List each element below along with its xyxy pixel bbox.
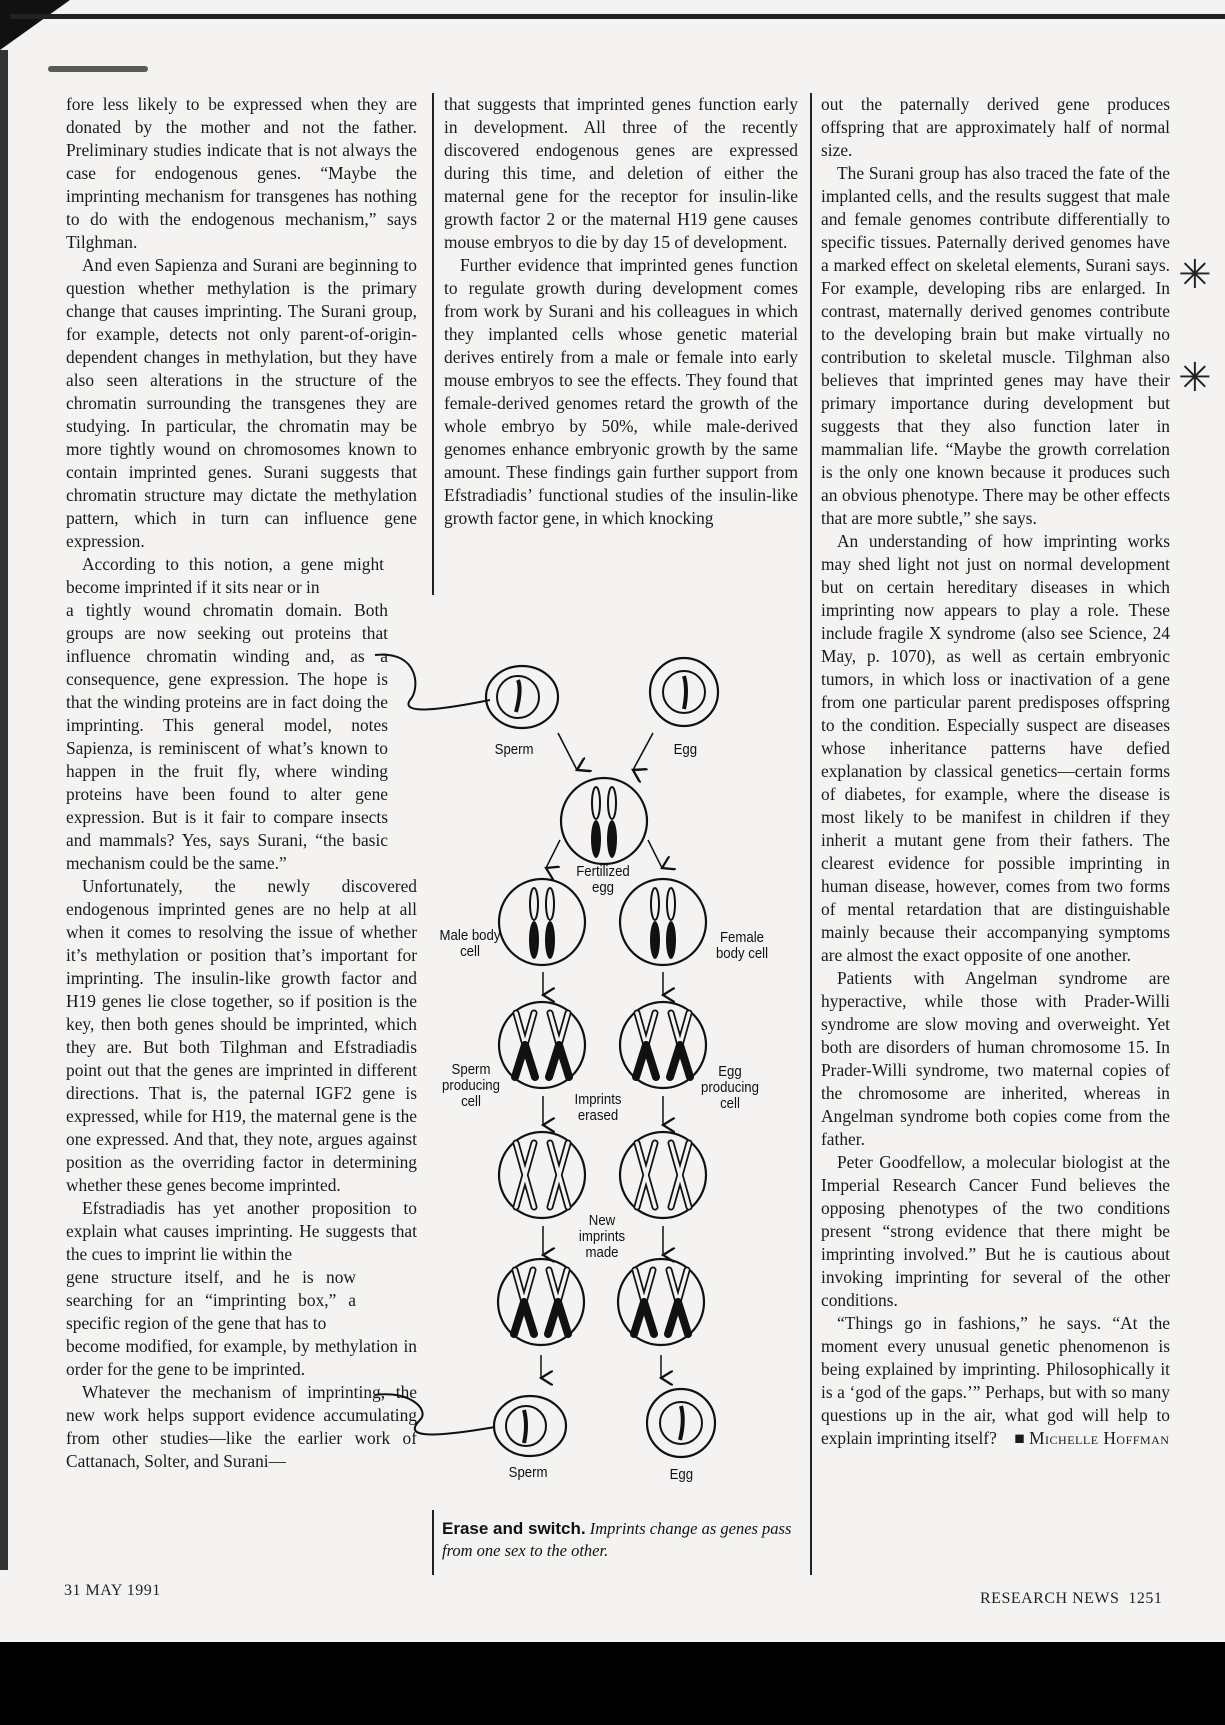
- fertilized-egg-cell: [561, 778, 647, 864]
- egg-cell-top: [650, 658, 718, 726]
- erased-egg-line-cell: [620, 1132, 706, 1218]
- label-fertilized-egg: Fertilized egg: [572, 864, 634, 896]
- erased-sperm-line-cell: [499, 1132, 585, 1218]
- sperm-cell-bottom: [375, 1394, 566, 1456]
- page-number: 1251: [1128, 1590, 1162, 1607]
- label-egg-producing-cell: Egg producing cell: [698, 1064, 761, 1112]
- label-egg-top: Egg: [674, 742, 697, 758]
- egg-cell-bottom: [647, 1389, 715, 1457]
- label-sperm-top: Sperm: [495, 742, 534, 758]
- new-imprint-sperm-cell: [498, 1259, 584, 1345]
- imprinting-diagram: [0, 0, 1225, 1642]
- caption-title: Erase and switch.: [442, 1519, 586, 1538]
- label-egg-bottom: Egg: [670, 1467, 693, 1483]
- new-imprint-egg-cell: [618, 1259, 704, 1345]
- sperm-cell-top: [375, 655, 558, 728]
- label-new-imprints-made: New imprints made: [573, 1213, 631, 1261]
- section-and-page-number: RESEARCH NEWS 1251: [980, 1590, 1162, 1608]
- scanned-page: fore less likely to be expressed when th…: [0, 0, 1225, 1642]
- label-sperm-bottom: Sperm: [509, 1465, 548, 1481]
- issue-date: 31 MAY 1991: [64, 1582, 161, 1600]
- label-imprints-erased: Imprints erased: [569, 1092, 627, 1124]
- label-female-body-cell: Female body cell: [710, 930, 773, 962]
- sperm-producing-cell: [499, 1002, 585, 1088]
- label-male-body-cell: Male body cell: [439, 928, 501, 960]
- egg-producing-cell: [620, 1002, 706, 1088]
- label-sperm-producing-cell: Sperm producing cell: [439, 1062, 502, 1110]
- section-name: RESEARCH NEWS: [980, 1590, 1119, 1607]
- figure-caption: Erase and switch. Imprints change as gen…: [442, 1518, 792, 1562]
